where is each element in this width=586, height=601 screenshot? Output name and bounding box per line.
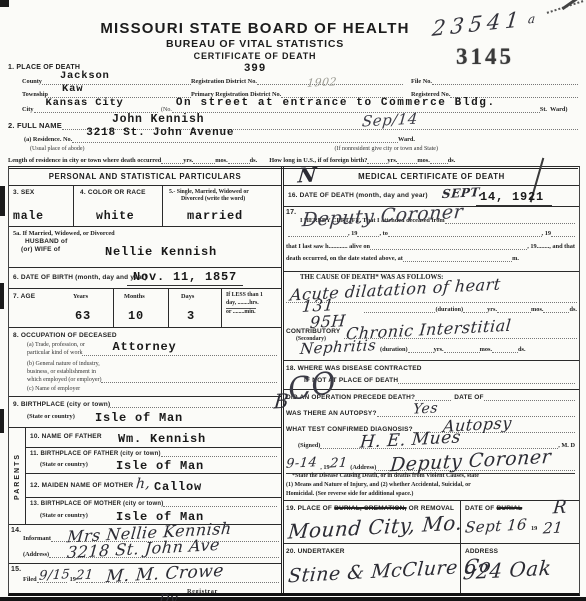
cause-of-death-block: THE CAUSE OF DEATH* WAS AS FOLLOWS: Acut… xyxy=(284,271,579,360)
parents-block: PARENTS 10. NAME OF FATHER Wm. Kennish 1… xyxy=(9,427,281,524)
age-months-value: 10 xyxy=(128,309,144,323)
spouse-label-line1: 5a. If Married, Widowed, or Divorced xyxy=(13,230,115,237)
marital-label-line1: 5.- Single, Married, Widowed or xyxy=(169,189,249,195)
dotted-leader: M. M. Crowe xyxy=(92,580,279,583)
md-label: , M. D xyxy=(558,442,575,449)
occupation-b-line3: which employed (or employer) xyxy=(27,377,101,383)
dotted-leader xyxy=(403,259,512,262)
sex-race-marital-row: 3. SEX male 4. COLOR OR RACE white 5.- S… xyxy=(9,185,281,226)
less-than-day-note2: day, ........hrs. xyxy=(226,300,259,306)
dod-value-typed: 14, 1921 xyxy=(476,190,552,206)
abode-note: (Usual place of abode) xyxy=(30,146,84,152)
dotted-leader xyxy=(344,336,577,339)
right-column-title-text: MEDICAL CERTIFICATE OF DEATH xyxy=(358,172,505,181)
death-occurred-text: death occurred, on the date stated above… xyxy=(286,255,403,262)
scan-smudge xyxy=(0,409,4,433)
burial-place-value: Mound City, Mo. xyxy=(287,510,463,543)
length-residence-label: Length of residence in city or town wher… xyxy=(8,157,161,164)
filed-number: 15. xyxy=(11,566,21,573)
father-birthplace-sub: (State or country) xyxy=(40,461,88,468)
dotted-leader: On street at entrance to Commerce Bldg. xyxy=(172,110,540,113)
footnote-line3: Homicidal. (See reverse side for additio… xyxy=(286,491,413,497)
occupation-c-label: (c) Name of employer xyxy=(27,386,80,392)
father-birthplace-row: 11. BIRTHPLACE OF FATHER (city or town) … xyxy=(26,447,281,472)
burial-date-value: Sept 16 xyxy=(464,515,528,536)
duration-label-1: (duration) xyxy=(435,306,463,313)
dotted-leader xyxy=(484,398,575,401)
duration-ds-2: ds. xyxy=(518,346,526,353)
full-name-label: 2. FULL NAME xyxy=(8,121,62,130)
burial-label-struck: BURIAL, CREMATION, xyxy=(334,505,406,512)
scan-smudge xyxy=(0,283,4,309)
filed-row: 15. Filed 9/15 19 21 M. M. Crowe Registr… xyxy=(9,563,281,593)
dob-value: Nov. 11, 1857 xyxy=(127,270,243,286)
full-name-value: John Kennish xyxy=(112,113,204,126)
duration-yrs-2: yrs. xyxy=(434,346,444,353)
occupation-label: 8. OCCUPATION OF DECEASED xyxy=(13,332,117,339)
race-label: 4. COLOR OR RACE xyxy=(80,189,146,196)
last-saw-end: , 19........, and that xyxy=(527,243,575,250)
personal-particulars-column: PERSONAL AND STATISTICAL PARTICULARS 3. … xyxy=(9,167,281,593)
less-than-day-note3: or ........min. xyxy=(226,308,256,315)
spouse-value: Nellie Kennish xyxy=(105,245,217,259)
dotted-leader: 1902 xyxy=(257,82,403,85)
signed-label: (Signed) xyxy=(298,442,320,449)
handwritten-suffix: a xyxy=(527,12,536,27)
dotted-leader xyxy=(357,234,379,237)
years-label: Years xyxy=(73,293,88,300)
divider-scribble-mark: B xyxy=(273,389,290,414)
burial-r-mark: R xyxy=(552,497,568,519)
file-no-label: File No. xyxy=(411,78,432,85)
certify-to: , to xyxy=(379,230,387,237)
burial-date-label-pre: DATE OF xyxy=(465,505,494,512)
dotted-leader xyxy=(161,161,183,164)
informant-label: Informant xyxy=(23,535,51,542)
dotted-leader: 3218 St. John Avenue xyxy=(72,140,398,143)
undertaker-address-value: 924 Oak xyxy=(462,556,552,585)
footnote-line1: *State the Disease Causing Death, or in … xyxy=(292,473,479,479)
filed-date-value: 9/15 xyxy=(38,567,70,584)
burial-19-label: 19 xyxy=(531,525,537,532)
burial-year-value: 21 xyxy=(542,518,564,537)
occupation-value: Attorney xyxy=(112,340,176,354)
dotted-leader xyxy=(367,161,387,164)
duration-mos-1: mos. xyxy=(531,306,543,313)
dotted-leader xyxy=(228,161,250,164)
date-of-birth-row: 6. DATE OF BIRTH (month, day and year) N… xyxy=(9,267,281,288)
certify-overlay-handwriting: Deputy Coroner xyxy=(301,201,464,232)
occupation-a-line1: (a) Trade, profession, or xyxy=(27,342,85,348)
mother-birthplace-sub: (State or country) xyxy=(40,512,88,519)
right-column-title: N MEDICAL CERTIFICATE OF DEATH xyxy=(284,167,579,185)
certify-19b: , 19 xyxy=(542,230,551,237)
ward-field-label: Ward. xyxy=(398,136,578,143)
contributory-value-2: Nephritis xyxy=(299,336,377,358)
township-label: Township xyxy=(22,91,48,98)
spouse-label-line3: (or) WIFE of xyxy=(21,246,60,253)
race-value: white xyxy=(96,210,135,223)
age-row: 7. AGE Years 63 Months 10 Days 3 If LESS… xyxy=(9,288,281,327)
autopsy-label: WAS THERE AN AUTOPSY? xyxy=(286,410,377,417)
dotted-leader xyxy=(101,380,277,383)
dotted-leader xyxy=(551,234,575,237)
father-birthplace-value: Isle of Man xyxy=(116,459,204,473)
certify-row: 17. Deputy Coroner I HEREBY CERTIFY, Tha… xyxy=(284,206,579,271)
burial-row: 19. PLACE OF BURIAL, CREMATION, OR REMOV… xyxy=(284,500,579,543)
occupation-b-line2: business, or establishment in xyxy=(27,369,96,375)
registrar-label: Registrar xyxy=(187,588,218,595)
street-value: On street at entrance to Commerce Bldg. xyxy=(176,97,496,109)
duration-yrs-1: yrs. xyxy=(487,306,497,313)
county-value: Jackson xyxy=(60,70,110,82)
nonresident-note: (If nonresident give city or town and St… xyxy=(334,146,437,152)
certificate-subtitle: CERTIFICATE OF DEATH xyxy=(0,51,510,61)
informant-address-label: (Address) xyxy=(23,551,49,558)
date-of-label: DATE OF xyxy=(454,394,483,401)
father-name-row: 10. NAME OF FATHER Wm. Kennish xyxy=(26,428,281,447)
scan-smudge xyxy=(0,0,9,7)
dotted-leader xyxy=(193,161,215,164)
dotted-leader xyxy=(445,221,575,224)
item-17-number: 17. xyxy=(286,209,296,216)
contributory-label: CONTRIBUTORY xyxy=(286,328,340,335)
st-label: St. xyxy=(540,106,547,113)
months-label: Months xyxy=(124,293,145,300)
handwritten-certificate-number: 23541a xyxy=(432,12,531,36)
residence-label: (a) Residence. No. xyxy=(24,136,72,143)
occupation-b-line1: (b) General nature of industry, xyxy=(27,361,100,367)
dotted-leader xyxy=(408,350,434,353)
certificate-body: PERSONAL AND STATISTICAL PARTICULARS 3. … xyxy=(8,166,580,596)
burial-date-label-struck: BURIAL xyxy=(496,505,522,512)
occupation-row: 8. OCCUPATION OF DECEASED (a) Trade, pro… xyxy=(9,327,281,396)
city-value: Kansas City xyxy=(46,97,124,109)
marital-value: married xyxy=(187,209,243,223)
mos-label-2: mos. xyxy=(417,157,429,164)
dotted-leader xyxy=(397,161,417,164)
scan-smudge xyxy=(0,186,5,216)
scan-bottom-band xyxy=(0,597,586,601)
father-value: Wm. Kennish xyxy=(118,432,206,446)
dotted-leader xyxy=(543,310,569,313)
dotted-leader xyxy=(370,247,527,250)
mother-label: 12. MAIDEN NAME OF MOTHER xyxy=(30,482,133,489)
yrs-label-2: yrs. xyxy=(387,157,397,164)
birthplace-sub-label: (State or country) xyxy=(27,413,75,420)
ds-label-2: ds. xyxy=(448,157,456,164)
sex-label: 3. SEX xyxy=(13,189,34,196)
mother-birthplace-row: 13. BIRTHPLACE OF MOTHER (city or town) … xyxy=(26,497,281,524)
township-value: Kaw xyxy=(62,83,83,95)
dotted-leader xyxy=(288,234,348,237)
dotted-leader xyxy=(492,350,518,353)
dotted-leader xyxy=(163,504,277,507)
mos-label: mos. xyxy=(215,157,227,164)
certify-19a: , 19 xyxy=(348,230,357,237)
father-label: 10. NAME OF FATHER xyxy=(30,433,102,440)
city-label: City xyxy=(22,106,34,113)
dotted-leader: 9/15 xyxy=(37,580,67,583)
informant-number: 14. xyxy=(11,527,21,534)
undertaker-address-label: ADDRESS xyxy=(465,548,498,555)
duration-ds-1: ds. xyxy=(569,306,577,313)
spouse-label-line2: HUSBAND of xyxy=(25,238,67,245)
registrar-signature: M. M. Crowe xyxy=(105,561,225,587)
undertaker-row: 20. UNDERTAKER Stine & McClure Co ADDRES… xyxy=(284,543,579,593)
duration-label-2: (duration) xyxy=(380,346,408,353)
autopsy-value: Yes xyxy=(412,400,438,417)
undertaker-label: 20. UNDERTAKER xyxy=(286,548,345,555)
birthplace-row: 9. BIRTHPLACE (city or town) (State or c… xyxy=(9,396,281,427)
filed-label: Filed xyxy=(23,576,37,583)
mother-name-row: 12. MAIDEN NAME OF MOTHER h, Callow xyxy=(26,473,281,497)
last-saw-text: that I last saw h............ alive on xyxy=(286,243,370,250)
physician-signature: H. E. Mues xyxy=(360,427,463,452)
birthplace-label: 9. BIRTHPLACE (city or town) xyxy=(13,401,110,408)
occupation-a-line2: particular kind of work xyxy=(27,350,82,356)
dotted-leader: Attorney xyxy=(82,353,277,356)
footnote-line2: (1) Means and Nature of Injury, and (2) … xyxy=(286,482,471,488)
dotted-leader xyxy=(398,381,575,384)
burial-date-label: DATE OF BURIAL xyxy=(465,505,522,512)
medical-certificate-column: N MEDICAL CERTIFICATE OF DEATH 16. DATE … xyxy=(281,167,579,593)
dotted-leader xyxy=(161,454,277,457)
left-column-title: PERSONAL AND STATISTICAL PARTICULARS xyxy=(9,167,281,185)
place-of-death-section: 1. PLACE OF DEATH County Jackson Registr… xyxy=(8,64,578,113)
dotted-leader xyxy=(497,310,531,313)
dotted-leader xyxy=(364,310,435,313)
dotted-leader: 3218 St. John Ave xyxy=(49,555,279,558)
burial-label: 19. PLACE OF BURIAL, CREMATION, OR REMOV… xyxy=(286,505,454,512)
dotted-leader: 21 xyxy=(76,580,92,583)
disease-contracted-row: 18. WHERE WAS DISEASE CONTRACTED IF NOT … xyxy=(284,360,579,389)
ds-label: ds. xyxy=(250,157,258,164)
sex-value: male xyxy=(13,210,44,223)
mother-script-mark: h, xyxy=(135,475,151,492)
age-years-value: 63 xyxy=(75,309,91,323)
days-label: Days xyxy=(181,293,194,300)
marital-label-line2: Divorced (write the word) xyxy=(181,196,245,202)
less-than-day-note1: If LESS than 1 xyxy=(226,292,263,298)
dotted-leader xyxy=(388,234,542,237)
dotted-leader xyxy=(110,405,277,408)
yrs-label: yrs. xyxy=(183,157,193,164)
age-label: 7. AGE xyxy=(13,293,35,300)
duration-mos-2: mos. xyxy=(480,346,492,353)
us-length-label: How long in U.S., if of foreign birth? xyxy=(269,157,367,164)
registrar-deputy-mark: Dy xyxy=(158,591,178,601)
age-days-value: 3 xyxy=(187,309,195,323)
mother-birthplace-label: 13. BIRTHPLACE OF MOTHER (city or town) xyxy=(30,501,163,507)
dod-label: 16. DATE OF DEATH (month, day and year) xyxy=(288,192,428,199)
father-birthplace-label: 11. BIRTHPLACE OF FATHER (city or town) xyxy=(30,451,161,457)
dotted-leader xyxy=(444,350,480,353)
county-label: County xyxy=(22,78,42,85)
spouse-row: 5a. If Married, Widowed, or Divorced HUS… xyxy=(9,226,281,267)
birthplace-value: Isle of Man xyxy=(95,411,183,425)
residence-value: 3218 St. John Avenue xyxy=(86,127,234,139)
footnote-block: *State the Disease Causing Death, or in … xyxy=(284,470,579,500)
burial-label-pre: 19. PLACE OF xyxy=(286,505,332,512)
dotted-leader xyxy=(463,310,487,313)
registration-district-label: Registration District No. xyxy=(191,78,257,85)
ward-label: Ward) xyxy=(550,106,578,113)
full-name-scribble: Sep/14 xyxy=(361,109,418,130)
mother-value: Callow xyxy=(154,480,202,494)
filed-year-value: 21 xyxy=(75,567,94,583)
informant-row: 14. Informant Mrs Nellie Kennish (Addres… xyxy=(9,524,281,563)
dotted-leader xyxy=(432,82,578,85)
full-name-section: 2. FULL NAME John Kennish Sep/14 (a) Res… xyxy=(8,114,578,169)
death-occurred-m: m. xyxy=(512,255,519,262)
parents-vertical-label: PARENTS xyxy=(14,453,21,500)
dotted-leader xyxy=(430,161,448,164)
title-scribble-mark: N xyxy=(297,162,318,187)
registration-district-faint-value: 1902 xyxy=(306,75,337,90)
